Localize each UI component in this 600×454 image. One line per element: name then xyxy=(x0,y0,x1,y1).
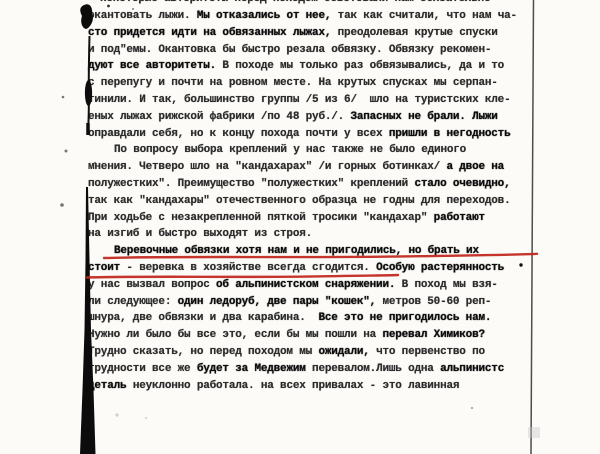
text-line: с перепугу и почти на ровном месте. На к… xyxy=(88,75,546,92)
text-line: дуют все авторитеты. В походе мы только … xyxy=(88,58,546,75)
text-segment: Особую растерянность xyxy=(376,262,504,274)
text-segment: ожидали, xyxy=(318,346,369,358)
scan-speck xyxy=(65,150,68,153)
text-segment: деталь xyxy=(88,380,126,392)
text-line: окантовать лыжи. Мы отказались от нее, т… xyxy=(88,8,546,25)
text-segment: Веревочные обвязки хотя нам и не пригоди… xyxy=(114,245,479,257)
text-segment: на изгиб и быстро выходят из строя. xyxy=(88,228,312,240)
scan-speck xyxy=(60,203,64,207)
scanned-document-page: Некоторые авторитеты перед походом совет… xyxy=(0,0,600,454)
text-segment: полужестких". Преимущество "полужестких"… xyxy=(88,178,414,190)
text-block: окантовать лыжи. Мы отказались от нее, т… xyxy=(88,8,546,394)
text-segment: трудности все же xyxy=(88,363,197,375)
text-segment: а двое на xyxy=(440,161,504,173)
text-segment: перевал Химиков? xyxy=(382,329,484,341)
text-segment: шнура, две обвязки и два карабина. xyxy=(88,312,318,324)
text-segment: перевалом.Лишь одна xyxy=(306,363,440,375)
text-line: так как "кандахары" отечественного образ… xyxy=(88,193,546,210)
text-line: сто придется идти на обвязанных лыжах, п… xyxy=(88,25,546,42)
text-segment: Все это не пригодилось нам. xyxy=(318,312,491,324)
scan-speck xyxy=(145,417,147,419)
text-segment: об альпинистском снаряжении. xyxy=(216,279,395,291)
text-segment: окантовать лыжи. xyxy=(88,10,197,22)
text-segment: альпинистс xyxy=(440,363,504,375)
text-segment: один ледоруб, две пары "кошек", xyxy=(178,296,376,308)
text-line: ли следующее: один ледоруб, две пары "ко… xyxy=(88,294,546,311)
text-line: Нужно ли было бы все это, если бы мы пош… xyxy=(88,327,546,344)
clipped-top-line: Некоторые авторитеты перед походом совет… xyxy=(100,0,550,5)
text-segment: При ходьбе с незакрепленной пяткой троси… xyxy=(88,212,434,224)
text-segment: еных лыжах рижской фабрики /по 48 руб./. xyxy=(88,111,350,123)
text-segment: так как "кандахары" отечественного образ… xyxy=(88,195,510,207)
text-line: Веревочные обвязки хотя нам и не пригоди… xyxy=(88,243,546,260)
text-line: шнура, две обвязки и два карабина. Все э… xyxy=(88,310,546,327)
text-line: у нас вызвал вопрос об альпинистском сна… xyxy=(88,277,546,294)
scan-speck xyxy=(107,5,110,8)
text-segment: неуклонно работала. на всех привалах - э… xyxy=(126,380,459,392)
scan-speck xyxy=(471,407,473,409)
text-segment: По вопросу выбора креплений у нас также … xyxy=(114,144,466,156)
text-segment: оправдали себя, но к концу похода почти … xyxy=(88,128,389,140)
text-segment: В поход мы взя- xyxy=(395,279,497,291)
text-segment: сто придется идти на обвязанных лыжах, xyxy=(88,27,331,39)
text-line: деталь неуклонно работала. на всех прива… xyxy=(88,378,546,395)
text-segment: пришли в негодность xyxy=(389,128,511,140)
text-segment: Трудно сказать, но перед походом мы xyxy=(88,346,318,358)
text-line: При ходьбе с незакрепленной пяткой троси… xyxy=(88,210,546,227)
text-segment: - веревка в хозяйстве всегда сгодится. xyxy=(120,262,376,274)
text-line: полужестких". Преимущество "полужестких"… xyxy=(88,176,546,193)
text-segment: Нужно ли было бы все это, если бы мы пош… xyxy=(88,329,382,341)
scan-speck xyxy=(62,96,65,99)
text-line: тинили. И так, большинство группы /5 из … xyxy=(88,92,546,109)
text-line: стоит - веревка в хозяйстве всегда сгоди… xyxy=(88,260,546,277)
text-segment: Запасных не брали. Лыжи xyxy=(350,111,497,123)
text-segment: дуют все авторитеты. xyxy=(88,60,216,72)
text-segment: что первенство по xyxy=(370,346,485,358)
text-segment: у нас вызвал вопрос xyxy=(88,279,216,291)
text-line: мнения. Четверо шло на "кандахарах" /и г… xyxy=(88,159,546,176)
text-segment: будет за Медвежим xyxy=(197,363,306,375)
text-segment: и под"емы. Окантовка бы быстро резала об… xyxy=(88,44,491,56)
text-line: на изгиб и быстро выходят из строя. xyxy=(88,226,546,243)
text-segment: работают xyxy=(434,212,485,224)
text-segment: с перепугу и почти на ровном месте. На к… xyxy=(88,77,498,89)
scan-smudge xyxy=(528,427,540,438)
text-segment: так как считали, что нам ча- xyxy=(331,10,517,22)
text-segment: ли следующее: xyxy=(88,296,178,308)
text-line: еных лыжах рижской фабрики /по 48 руб./.… xyxy=(88,109,546,126)
text-line: трудности все же будет за Медвежим перев… xyxy=(88,361,546,378)
scan-speck xyxy=(115,413,118,416)
text-segment: В походе мы только раз обвязывались, да … xyxy=(216,60,504,72)
text-line: и под"емы. Окантовка бы быстро резала об… xyxy=(88,42,546,59)
text-segment: метров 50-60 реп- xyxy=(376,296,491,308)
text-segment: стоит xyxy=(88,262,120,274)
text-segment: преодолевая крутые спуски xyxy=(331,27,497,39)
text-segment: стало очевидно, xyxy=(414,178,510,190)
text-segment: Мы отказались от нее, xyxy=(197,10,331,22)
text-segment: мнения. Четверо шло на "кандахарах" /и г… xyxy=(88,161,440,173)
text-line: Трудно сказать, но перед походом мы ожид… xyxy=(88,344,546,361)
text-line: По вопросу выбора креплений у нас также … xyxy=(88,142,546,159)
text-line: оправдали себя, но к концу похода почти … xyxy=(88,126,546,143)
text-segment: тинили. И так, большинство группы /5 из … xyxy=(88,94,510,106)
